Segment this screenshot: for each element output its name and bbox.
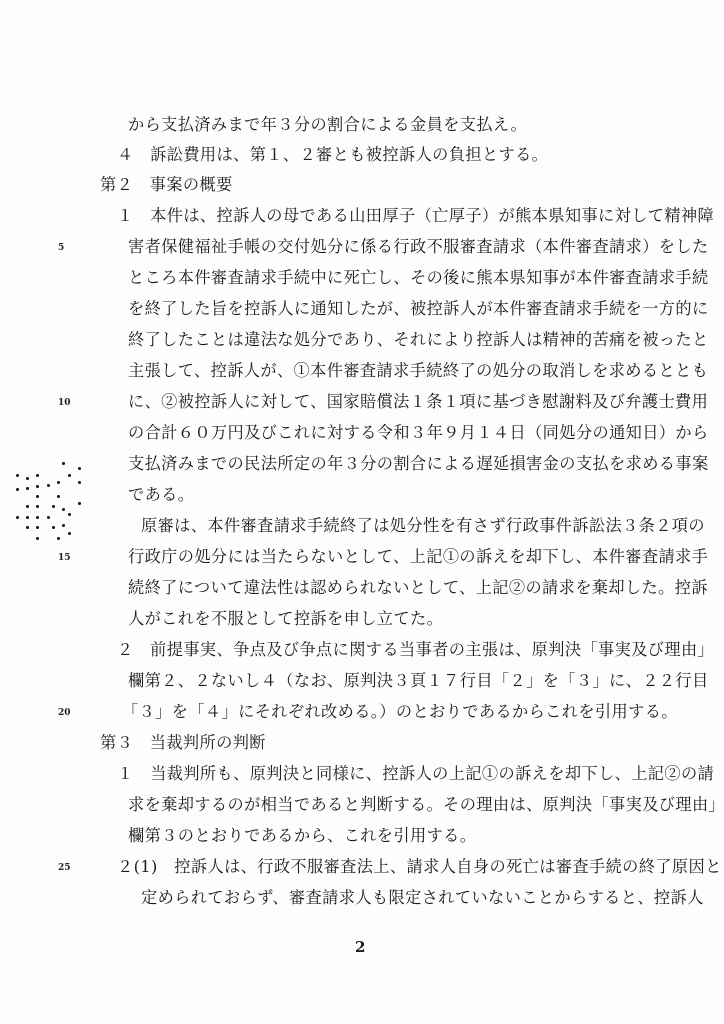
line-number: 20	[58, 708, 71, 718]
text-line: 終了したことは違法な処分であり、それにより控訴人は精神的苦痛を被ったと	[128, 330, 709, 350]
text-line: 第２ 事案の概要	[100, 175, 233, 195]
text-line: である。	[128, 485, 194, 505]
text-line: 続終了について違法性は認められないとして、上記②の請求を棄却した。控訴	[128, 578, 708, 598]
document-page: から支払済みまで年３分の割合による金員を支払え。４ 訴訟費用は、第１、２審とも被…	[0, 0, 724, 1024]
text-line: に、②被控訴人に対して、国家賠償法１条１項に基づき慰謝料及び弁護士費用	[128, 392, 708, 412]
text-line: の合計６０万円及びこれに対する令和３年９月１４日（同処分の通知日）から	[128, 423, 709, 443]
text-line: １ 本件は、控訴人の母である山田厚子（亡厚子）が熊本県知事に対して精神障	[117, 206, 714, 226]
line-number: 10	[58, 398, 71, 408]
text-line: 原審は、本件審査請求手続終了は処分性を有さず行政事件訴訟法３条２項の	[141, 516, 705, 536]
text-line: を終了した旨を控訴人に通知したが、被控訴人が本件審査請求手続を一方的に	[128, 299, 709, 319]
text-line: ４ 訴訟費用は、第１、２審とも被控訴人の負担とする。	[117, 145, 548, 165]
page-number: 2	[355, 938, 365, 956]
text-line: 害者保健福祉手帳の交付処分に係る行政不服審査請求（本件審査請求）をした	[128, 237, 709, 257]
line-number: 25	[58, 863, 71, 873]
text-line: 主張して、控訴人が、①本件審査請求手続終了の処分の取消しを求めるととも	[128, 361, 708, 381]
text-line: ２ 前提事実、争点及び争点に関する当事者の主張は、原判決「事実及び理由」	[117, 640, 714, 660]
braille-dots-mark	[12, 462, 82, 552]
text-line: 求を棄却するのが相当であると判断する。その理由は、原判決「事実及び理由」	[128, 795, 724, 815]
text-line: 欄第２、２ないし４（なお、原判決３頁１７行目「２」を「３」に、２２行目	[128, 671, 709, 691]
text-line: ところ本件審査請求手続中に死亡し、その後に熊本県知事が本件審査請求手続	[128, 268, 709, 288]
line-number: 15	[58, 553, 71, 563]
text-line: 欄第３のとおりであるから、これを引用する。	[128, 826, 476, 846]
text-line: 「３」を「４」にそれぞれ改める。）のとおりであるからこれを引用する。	[122, 702, 678, 722]
text-line: から支払済みまで年３分の割合による金員を支払え。	[128, 115, 527, 135]
text-line: 第３ 当裁判所の判断	[100, 733, 266, 753]
text-line: 人がこれを不服として控訴を申し立てた。	[128, 609, 443, 629]
text-line: １ 当裁判所も、原判決と同様に、控訴人の上記①の訴えを却下し、上記②の請	[117, 764, 714, 784]
text-line: 定められておらず、審査請求人も限定されていないことからすると、控訴人	[141, 888, 704, 908]
text-line: ２(1) 控訴人は、行政不服審査法上、請求人自身の死亡は審査手続の終了原因と	[117, 857, 722, 877]
text-line: 支払済みまでの民法所定の年３分の割合による遅延損害金の支払を求める事案	[128, 454, 709, 474]
line-number: 5	[58, 243, 64, 253]
text-line: 行政庁の処分には当たらないとして、上記①の訴えを却下し、本件審査請求手	[128, 547, 708, 567]
